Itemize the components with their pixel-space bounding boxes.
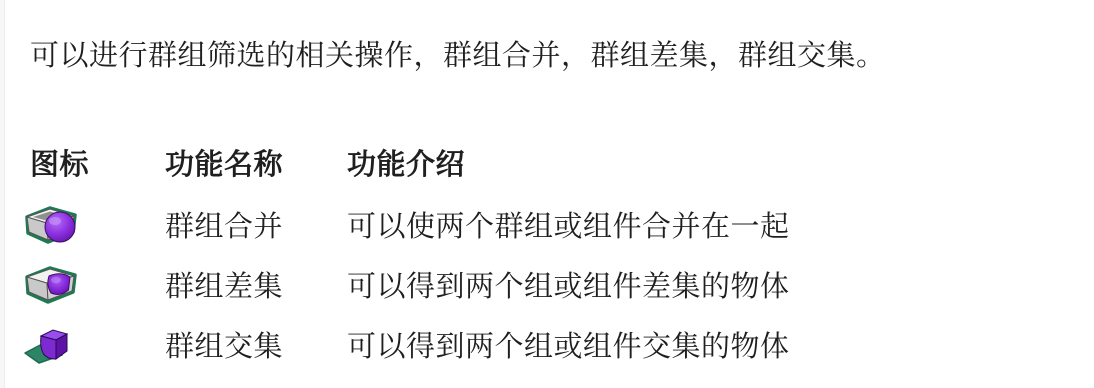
group-union-icon	[22, 201, 80, 247]
document-content: 可以进行群组筛选的相关操作，群组合并，群组差集，群组交集。 图标 功能名称 功能…	[0, 0, 1094, 374]
table-row-subtract-name: 群组差集	[165, 254, 347, 314]
function-table: 图标 功能名称 功能介绍	[30, 148, 1074, 374]
table-row-union-description: 可以使两个群组或组件合并在一起	[347, 194, 1074, 254]
table-header-icon: 图标	[30, 148, 165, 194]
intro-paragraph: 可以进行群组筛选的相关操作，群组合并，群组差集，群组交集。	[30, 0, 1074, 74]
group-subtract-icon	[22, 261, 80, 307]
table-row-subtract-description: 可以得到两个组或组件差集的物体	[347, 254, 1074, 314]
table-row-intersect-icon-cell	[30, 314, 165, 374]
group-intersect-icon	[22, 321, 76, 367]
table-row-union-icon-cell	[30, 194, 165, 254]
table-row-intersect-description: 可以得到两个组或组件交集的物体	[347, 314, 1074, 374]
table-header-name: 功能名称	[165, 148, 347, 194]
page-left-edge	[0, 0, 5, 388]
table-header-description: 功能介绍	[347, 148, 1074, 194]
table-row-subtract-icon-cell	[30, 254, 165, 314]
table-row-union-name: 群组合并	[165, 194, 347, 254]
table-row-intersect-name: 群组交集	[165, 314, 347, 374]
